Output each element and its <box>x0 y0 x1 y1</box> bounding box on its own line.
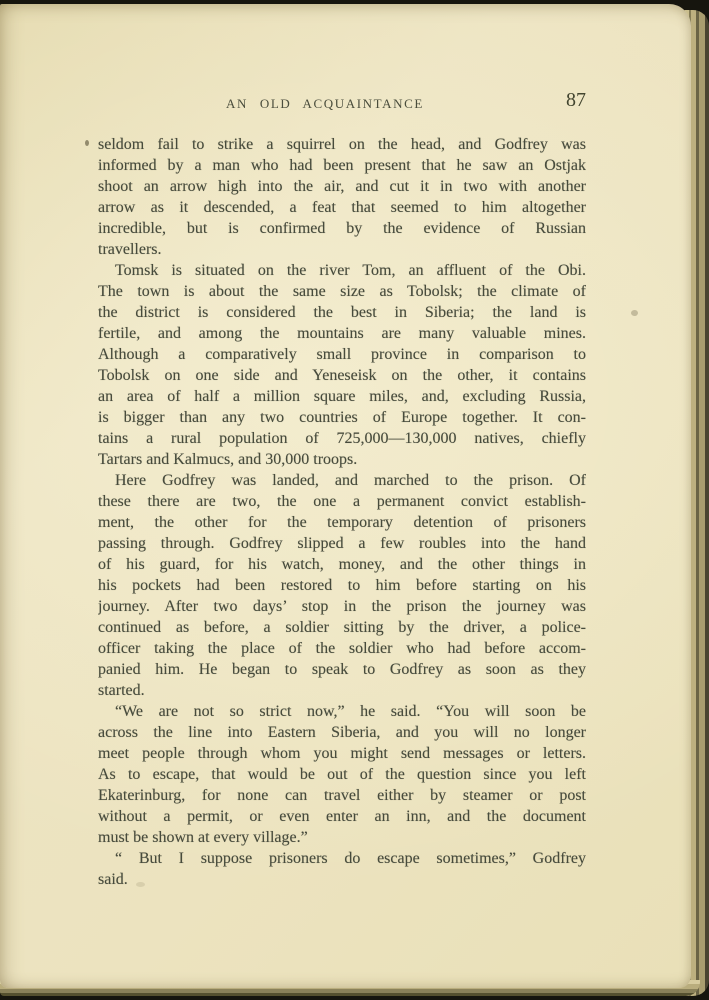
paper-speck <box>85 140 89 146</box>
page-body: seldom fail to strike a squirrel on the … <box>98 134 586 890</box>
text-line: fertile, and among the mountains are man… <box>98 323 586 344</box>
page-number: 87 <box>566 89 586 112</box>
text-line: said. <box>98 869 586 890</box>
text-line: travellers. <box>98 239 586 260</box>
paper-speck <box>136 882 145 887</box>
text-line: must be shown at every village.” <box>98 827 586 848</box>
paper-speck <box>631 310 638 316</box>
text-line: continued as before, a soldier sitting b… <box>98 617 586 638</box>
text-line: shoot an arrow high into the air, and cu… <box>98 176 586 197</box>
text-line: arrow as it descended, a feat that seeme… <box>98 197 586 218</box>
text-line: is bigger than any two countries of Euro… <box>98 407 586 428</box>
text-line: “We are not so strict now,” he said. “Yo… <box>98 701 586 722</box>
text-line: started. <box>98 680 586 701</box>
text-line: the district is considered the best in S… <box>98 302 586 323</box>
text-line: journey. After two days’ stop in the pri… <box>98 596 586 617</box>
book-page: AN OLD ACQUAINTANCE 87 seldom fail to st… <box>0 4 691 988</box>
text-line: his pockets had been restored to him bef… <box>98 575 586 596</box>
text-line: Although a comparatively small province … <box>98 344 586 365</box>
text-line: panied him. He began to speak to Godfrey… <box>98 659 586 680</box>
text-line: ment, the other for the temporary detent… <box>98 512 586 533</box>
text-line: without a permit, or even enter an inn, … <box>98 806 586 827</box>
text-line: Tobolsk on one side and Yeneseisk on the… <box>98 365 586 386</box>
text-line: Ekaterinburg, for none can travel either… <box>98 785 586 806</box>
text-line: “ But I suppose prisoners do escape some… <box>98 848 586 869</box>
text-line: passing through. Godfrey slipped a few r… <box>98 533 586 554</box>
text-line: Here Godfrey was landed, and marched to … <box>98 470 586 491</box>
text-line: these there are two, the one a permanent… <box>98 491 586 512</box>
text-line: seldom fail to strike a squirrel on the … <box>98 134 586 155</box>
chapter-title: AN OLD ACQUAINTANCE <box>226 96 424 112</box>
running-header: AN OLD ACQUAINTANCE 87 <box>98 92 586 116</box>
scanned-book-photo: AN OLD ACQUAINTANCE 87 seldom fail to st… <box>0 0 709 1000</box>
text-line: an area of half a million square miles, … <box>98 386 586 407</box>
text-line: tains a rural population of 725,000—130,… <box>98 428 586 449</box>
text-line: incredible, but is confirmed by the evid… <box>98 218 586 239</box>
text-line: Tomsk is situated on the river Tom, an a… <box>98 260 586 281</box>
text-line: officer taking the place of the soldier … <box>98 638 586 659</box>
text-line: of his guard, for his watch, money, and … <box>98 554 586 575</box>
text-line: meet people through whom you might send … <box>98 743 586 764</box>
text-line: informed by a man who had been present t… <box>98 155 586 176</box>
text-line: As to escape, that would be out of the q… <box>98 764 586 785</box>
text-line: The town is about the same size as Tobol… <box>98 281 586 302</box>
text-line: across the line into Eastern Siberia, an… <box>98 722 586 743</box>
text-line: Tartars and Kalmucs, and 30,000 troops. <box>98 449 586 470</box>
